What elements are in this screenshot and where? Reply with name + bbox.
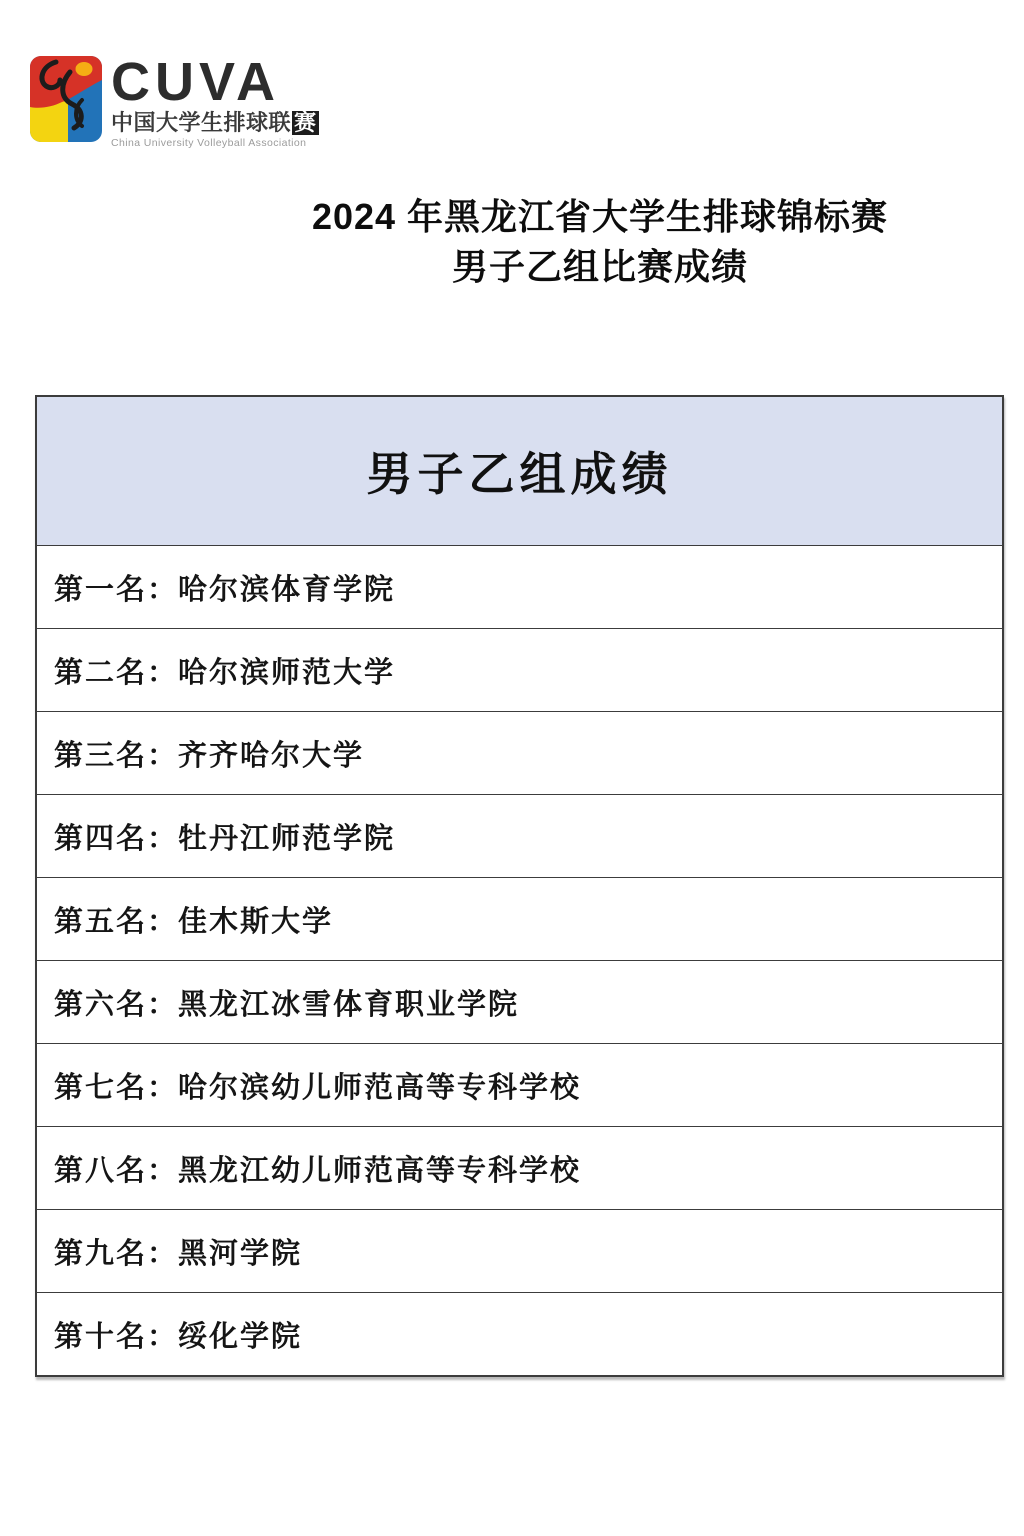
table-row: 第二名：哈尔滨师范大学 xyxy=(37,628,1002,711)
document-title-line2: 男子乙组比赛成绩 xyxy=(180,242,1020,292)
results-table: 男子乙组成绩 第一名：哈尔滨体育学院 第二名：哈尔滨师范大学 第三名：齐齐哈尔大… xyxy=(35,395,1004,1377)
rank-entry: 第三名：齐齐哈尔大学 xyxy=(54,733,364,774)
table-row: 第七名：哈尔滨幼儿师范高等专科学校 xyxy=(37,1043,1002,1126)
table-row: 第三名：齐齐哈尔大学 xyxy=(37,711,1002,794)
cuva-logo: CUVA 中国大学生排球联赛 China University Volleyba… xyxy=(30,56,319,149)
rank-entry: 第一名：哈尔滨体育学院 xyxy=(54,567,395,608)
rank-entry: 第五名：佳木斯大学 xyxy=(54,899,333,940)
table-row: 第四名：牡丹江师范学院 xyxy=(37,794,1002,877)
table-row: 第五名：佳木斯大学 xyxy=(37,877,1002,960)
table-row: 第九名：黑河学院 xyxy=(37,1209,1002,1292)
rank-entry: 第七名：哈尔滨幼儿师范高等专科学校 xyxy=(54,1065,581,1106)
cuva-acronym: CUVA xyxy=(111,58,319,106)
table-row: 第六名：黑龙江冰雪体育职业学院 xyxy=(37,960,1002,1043)
cuva-chinese-name-badge: 赛 xyxy=(292,111,319,135)
rank-entry: 第二名：哈尔滨师范大学 xyxy=(54,650,395,691)
table-row: 第十名：绥化学院 xyxy=(37,1292,1002,1375)
cuva-chinese-name: 中国大学生排球联赛 xyxy=(111,111,319,135)
cuva-chinese-name-main: 中国大学生排球联 xyxy=(111,110,291,135)
cuva-english-name: China University Volleyball Association xyxy=(111,137,319,149)
document-title: 2024 年黑龙江省大学生排球锦标赛 男子乙组比赛成绩 xyxy=(180,192,1020,292)
table-row: 第八名：黑龙江幼儿师范高等专科学校 xyxy=(37,1126,1002,1209)
table-row: 第一名：哈尔滨体育学院 xyxy=(37,545,1002,628)
rank-entry: 第八名：黑龙江幼儿师范高等专科学校 xyxy=(54,1148,581,1189)
document-title-line1: 2024 年黑龙江省大学生排球锦标赛 xyxy=(180,192,1020,242)
results-table-header: 男子乙组成绩 xyxy=(37,397,1002,545)
rank-entry: 第六名：黑龙江冰雪体育职业学院 xyxy=(54,982,519,1023)
rank-entry: 第九名：黑河学院 xyxy=(54,1231,302,1272)
cuva-logo-icon xyxy=(30,56,102,142)
rank-entry: 第十名：绥化学院 xyxy=(54,1314,302,1355)
results-table-body: 第一名：哈尔滨体育学院 第二名：哈尔滨师范大学 第三名：齐齐哈尔大学 第四名：牡… xyxy=(37,545,1002,1375)
rank-entry: 第四名：牡丹江师范学院 xyxy=(54,816,395,857)
cuva-logo-text: CUVA 中国大学生排球联赛 China University Volleyba… xyxy=(111,56,319,149)
